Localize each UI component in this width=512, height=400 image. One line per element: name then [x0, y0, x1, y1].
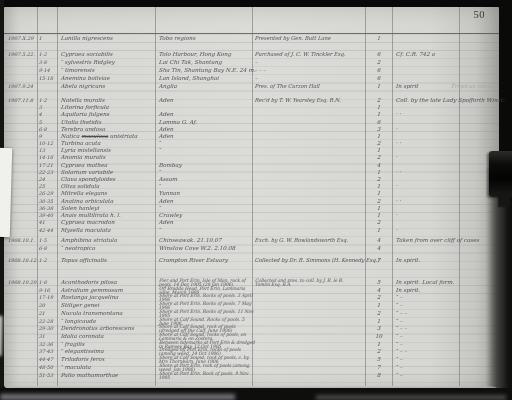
entry-count: 1	[367, 112, 392, 118]
entry-species: Clava spondyloides	[61, 177, 157, 183]
ledger-row: 42-44Mysella maculata″1·	[4, 228, 499, 236]
entry-number: 1-8	[39, 280, 57, 286]
entry-count: 5	[367, 357, 392, 363]
entry-collector: Exch. by G. W. Rowlandsworth Esq.	[255, 238, 369, 244]
entry-species: Palio mathamorthae	[61, 373, 157, 379]
entry-species: ″ neotropica	[61, 246, 157, 252]
entry-count: 1	[367, 319, 392, 325]
ledger-row: 1907.5.22.1-2Cypraea sociabilisTolo Harb…	[4, 52, 499, 60]
ledger-row: 4Aquilaria fulgensAden1· ·	[4, 112, 499, 120]
entry-remark: ″ – –	[396, 326, 489, 332]
entry-date: 1907.X.29	[8, 36, 38, 42]
entry-number: 36-38	[39, 206, 57, 212]
binder-clip	[489, 151, 512, 197]
entry-number: 9	[39, 134, 57, 140]
entry-locality: Tobo regions	[159, 36, 254, 42]
entry-count: 2	[367, 141, 392, 147]
entry-number: 22-28	[39, 319, 57, 325]
ledger-row: 1908.10.1.1-5Amphibina striatulaChinseaw…	[4, 238, 499, 246]
entry-species: Amphibina striatula	[61, 238, 157, 244]
entry-number: 3-8	[39, 60, 57, 66]
entry-remark: ″ –	[396, 342, 489, 348]
entry-species: Astralium gemmosum	[61, 288, 157, 294]
ledger-row: 29-30Dendronotus arborescensShore at Cal…	[4, 326, 499, 334]
entry-pencil-note: Tropicus canus	[451, 84, 500, 90]
entry-number: 1-2	[39, 98, 57, 104]
entry-locality: ″	[159, 170, 254, 176]
entry-remark: ″ –	[396, 334, 489, 340]
ledger-row: 3-8″ sylvestris RidgleyLai Chi Tak, Shan…	[4, 60, 499, 68]
entry-number: 21	[39, 311, 57, 317]
ledger-row: 26-29Mitrella elegansYunnan1	[4, 191, 499, 199]
entry-count: 2	[367, 220, 392, 226]
entry-count: 4	[367, 238, 392, 244]
entry-species: Idalia coronata	[61, 334, 157, 340]
entry-collector: Purchased of J. C. W. Tinckler Esq.	[255, 52, 369, 58]
entry-count: 2	[367, 177, 392, 183]
ledger-row: 9-14″ timorensisSha Tin, Shantung Bay N.…	[4, 68, 499, 76]
entry-species: Anemina boliviae	[61, 76, 157, 82]
entry-locality: Bombay	[159, 163, 254, 169]
entry-number: 48-50	[39, 365, 57, 371]
entry-count: 5	[367, 280, 392, 286]
entry-count: 1	[367, 184, 392, 190]
entry-species: Nucula transmontana	[61, 311, 157, 317]
entry-number: 29-30	[39, 326, 57, 332]
entry-count: 3	[367, 127, 392, 133]
entry-date: 1908.10.12.	[8, 258, 38, 264]
entry-species: Aquilaria fulgens	[61, 112, 157, 118]
entry-number: 41	[39, 220, 57, 226]
entry-number: 31	[39, 334, 57, 340]
entry-date: 1907.9.24	[8, 84, 38, 90]
entry-remark: ″ –	[396, 365, 489, 371]
entry-remark: · ·	[396, 170, 489, 176]
entry-collector: –	[255, 76, 369, 82]
ledger-row: 1908.10.12.1-2Topus officinalisCrampton …	[4, 258, 499, 266]
entry-number: 1-2	[39, 52, 57, 58]
entry-remark: Cf. C.R. 742 a	[396, 52, 489, 58]
scanned-register-photo: 50 1907.X.291Lanilla nigrescensTobo regi…	[0, 0, 512, 400]
entry-number: 6-8	[39, 127, 57, 133]
entry-count: 7	[367, 365, 392, 371]
entry-locality: Aden	[159, 98, 254, 104]
entry-remark: In spirit.	[396, 258, 489, 264]
entry-locality: Aden	[159, 199, 254, 205]
entry-number: 17-19	[39, 295, 57, 301]
entry-species: Mitrella elegans	[61, 191, 157, 197]
entry-remark: In spirit.	[396, 288, 489, 294]
entry-number: 10-12	[39, 141, 57, 147]
entry-count: 4	[367, 163, 392, 169]
entry-collector: Rec'd by T. W. Yearsley Esq. R.N.	[255, 98, 369, 104]
entry-number: 14-16	[39, 155, 57, 161]
entry-number: 22-23	[39, 170, 57, 176]
ledger-row: 37-43″ elegantissimaDredged off Port Eri…	[4, 349, 499, 357]
entry-collector: – – –	[255, 68, 369, 74]
entry-species: Dendronotus arborescens	[61, 326, 157, 332]
entry-species: Anatina orbiculata	[61, 199, 157, 205]
entry-count: 8	[367, 373, 392, 379]
entry-number: 39-40	[39, 213, 57, 219]
entry-locality: Lamma G. Af.	[159, 120, 254, 126]
entry-remark: ·	[396, 127, 489, 133]
entry-number: 24	[39, 177, 57, 183]
entry-number: 26-29	[39, 191, 57, 197]
entry-count: 6	[367, 52, 392, 58]
entry-species: Solarium variabile	[61, 170, 157, 176]
entry-locality: Winslow Cove W.2. 2.10.08	[159, 246, 254, 252]
entry-count: 4	[367, 288, 392, 294]
entry-species: Rostanga jacquelina	[61, 295, 157, 301]
entry-locality: ″	[159, 141, 254, 147]
entry-collector: Pres. of The Curzon Hall	[255, 84, 369, 90]
entry-locality: Aden	[159, 112, 254, 118]
entry-remark: ″ –	[396, 319, 489, 325]
entry-count: 2	[367, 311, 392, 317]
entry-species: Lyria mistellansis	[61, 148, 157, 154]
entry-species: Cypraea macrodon	[61, 220, 157, 226]
entry-locality: Aden	[159, 127, 254, 133]
entry-count: 2	[367, 155, 392, 161]
entry-species: ″ longicauda	[61, 319, 157, 325]
entry-number: 5	[39, 120, 57, 126]
ledger-row: 48-50″ maculataShore at Port Erin, rock …	[4, 365, 499, 373]
entry-number: 42-44	[39, 228, 57, 234]
desk-blur-left	[0, 394, 235, 400]
entry-count: 1	[367, 228, 392, 234]
entry-species: Terebra undosa	[61, 127, 157, 133]
entry-collector: Presented by Gen. Butt Lane	[255, 36, 369, 42]
entry-locality: Lan Island, Shanghai	[159, 76, 254, 82]
entry-species: Litorina forficula	[61, 105, 157, 111]
entry-date: 1907.11.8	[8, 98, 38, 104]
entry-remark: ″ –	[396, 295, 489, 301]
entry-number: 9-14	[39, 68, 57, 74]
entry-remark: ·	[396, 213, 489, 219]
scan-edge-top	[0, 0, 512, 7]
entry-remark: ″ – –	[396, 311, 489, 317]
entry-remark: · ·	[396, 199, 489, 205]
entry-count: 6	[367, 68, 392, 74]
entry-remark: ″ –	[396, 303, 489, 309]
entry-count: 1	[367, 105, 392, 111]
ledger-row: 15-18Anemina boliviaeLan Island, Shangha…	[4, 76, 499, 84]
entry-number: 32-36	[39, 342, 57, 348]
entry-locality: Aden	[159, 220, 254, 226]
entry-number: 3	[39, 105, 57, 111]
ledger-row: 21Nucula transmontanaShore at Port Erin.…	[4, 311, 499, 319]
entry-remark: ″ – –	[396, 349, 489, 355]
ledger-row: 41Cypraea macrodonAden2	[4, 220, 499, 228]
entry-species: Oliva solidula	[61, 184, 157, 190]
entry-locality: Aden	[159, 134, 254, 140]
entry-species: Turbina acuta	[61, 141, 157, 147]
entry-locality: ″	[159, 206, 254, 212]
entry-species: Lanilla nigrescens	[61, 36, 157, 42]
entry-remark: In spirit. Local form.	[396, 280, 489, 286]
entry-number: 51-53	[39, 373, 57, 379]
entry-count: 1	[367, 206, 392, 212]
entry-locality: Lai Chi Tak, Shantung	[159, 60, 254, 66]
entry-number: 44-47	[39, 357, 57, 363]
entry-date: 1908.10.1.	[8, 238, 38, 244]
entry-number: 20	[39, 303, 57, 309]
page-number: 50	[474, 10, 486, 21]
entry-species: ″ elegantissima	[61, 349, 157, 355]
entry-count: 4	[367, 246, 392, 252]
entry-species: ″ fragilis	[61, 342, 157, 348]
entry-species: Topus officinalis	[61, 258, 157, 264]
entry-locality: Anglia	[159, 84, 254, 90]
desk-blur-right	[316, 395, 506, 400]
entry-species: Acanthodoris pilosa	[61, 280, 157, 286]
entry-number: 1	[39, 36, 57, 42]
entry-species: Abela nigricans	[61, 84, 157, 90]
entry-locality: Sha Tin, Shantung Bay N.E. 24 m.	[159, 68, 254, 74]
entry-species: Triladoris ferox	[61, 357, 157, 363]
entry-date: 1907.5.22.	[8, 52, 38, 58]
entry-number: 1-2	[39, 258, 57, 264]
entry-species: Anomia muralis	[61, 155, 157, 161]
entry-species: ″ timorensis	[61, 68, 157, 74]
entry-remark: ·	[396, 184, 489, 190]
entry-locality: Yunnan	[159, 191, 254, 197]
entry-count: 7	[367, 258, 392, 264]
entry-locality: Tolo Harbour, Hong Kong	[159, 52, 254, 58]
entry-number: 4	[39, 112, 57, 118]
entry-count: 2	[367, 199, 392, 205]
entry-species: Anais multilirata h. l.	[61, 213, 157, 219]
ledger-row: 1908.10.20.1-8Acanthodoris pilosaPier an…	[4, 280, 499, 288]
entry-species: Utolia thetidis	[61, 120, 157, 126]
entry-number: 30-35	[39, 199, 57, 205]
binder-clip-stem	[498, 195, 510, 207]
entry-count: 1	[367, 342, 392, 348]
ledger-row: 14-16Anomia muralis2·	[4, 155, 499, 163]
entry-locality: ″	[159, 184, 254, 190]
entry-number: 1-5	[39, 238, 57, 244]
entry-date: 1908.10.20.	[8, 280, 38, 286]
entry-count: 2	[367, 98, 392, 104]
entry-count: 1	[367, 36, 392, 42]
entry-locality: Crampton River Estuary	[159, 258, 254, 264]
entry-count: 3	[367, 326, 392, 332]
entry-count: 1	[367, 191, 392, 197]
entry-species: Natella muralis	[61, 98, 157, 104]
entry-count: 2	[367, 349, 392, 355]
entry-count: 10	[367, 334, 392, 340]
entry-number: 25	[39, 184, 57, 190]
ledger-row: 1907.9.24Abela nigricansAngliaPres. of T…	[4, 84, 499, 92]
entry-locality: Assam	[159, 177, 254, 183]
entry-remark: Coll. by the late Lady Spofforth Winslow…	[396, 98, 489, 104]
entry-locality: Chinseawak. 21.10.07	[159, 238, 254, 244]
entry-count: 2	[367, 295, 392, 301]
entry-species: ″ sylvestris Ridgley	[61, 60, 157, 66]
entry-species: Cypraea mathea	[61, 163, 157, 169]
ledger-page: 50 1907.X.291Lanilla nigrescensTobo regi…	[4, 7, 499, 388]
entry-count: 1	[367, 148, 392, 154]
ledger-row: 1907.X.291Lanilla nigrescensTobo regions…	[4, 36, 499, 44]
entry-collector: Collected by Dr. R. Simmons (H. Kennedy …	[255, 258, 369, 264]
entry-species: Mysella maculata	[61, 228, 157, 234]
entry-number: 6-8	[39, 246, 57, 252]
entry-locality: Crawley	[159, 213, 254, 219]
entry-count: 2	[367, 60, 392, 66]
entry-count: 6	[367, 76, 392, 82]
entry-count: 1	[367, 84, 392, 90]
entry-count: 6	[367, 120, 392, 126]
entry-count: 1	[367, 170, 392, 176]
entry-locality: ″	[159, 228, 254, 234]
entry-count: 1	[367, 213, 392, 219]
entry-number: 17-21	[39, 163, 57, 169]
entry-collector: –	[255, 60, 369, 66]
entry-species: Cypraea sociabilis	[61, 52, 157, 58]
entry-number: 15-18	[39, 76, 57, 82]
entry-count: 1	[367, 134, 392, 140]
entry-species: Natica maculosa unistriata	[61, 134, 157, 140]
entry-remark: Taken from over cliff of cases	[396, 238, 489, 244]
entry-number: 13	[39, 148, 57, 154]
entry-remark: ·	[396, 155, 489, 161]
ledger-row: 17-19Rostanga jacquelinaShore at Port Er…	[4, 295, 499, 303]
entry-species: Solen hanleyi	[61, 206, 157, 212]
entry-remark: · ·	[396, 112, 489, 118]
ledger-row: 6-8″ neotropicaWinslow Cove W.2. 2.10.08…	[4, 246, 499, 254]
entry-number: 9-16	[39, 288, 57, 294]
entry-number: 37-43	[39, 349, 57, 355]
entry-remark: ″ –	[396, 373, 489, 379]
entry-remark: · ·	[396, 141, 489, 147]
entry-locality: Shore at Port Erin. Rock of pools. 9 Nov…	[159, 373, 256, 382]
entry-count: 1	[367, 303, 392, 309]
ledger-row: 51-53Palio mathamorthaeShore at Port Eri…	[4, 373, 499, 381]
entry-species: Stiliger genei	[61, 303, 157, 309]
entry-remark: ″ –	[396, 357, 489, 363]
entry-locality: ″	[159, 148, 254, 154]
ledger-row: 44-47Triladoris feroxShore at Calf Sound…	[4, 357, 499, 365]
entry-remark: ·	[396, 228, 489, 234]
entry-species: ″ maculata	[61, 365, 157, 371]
